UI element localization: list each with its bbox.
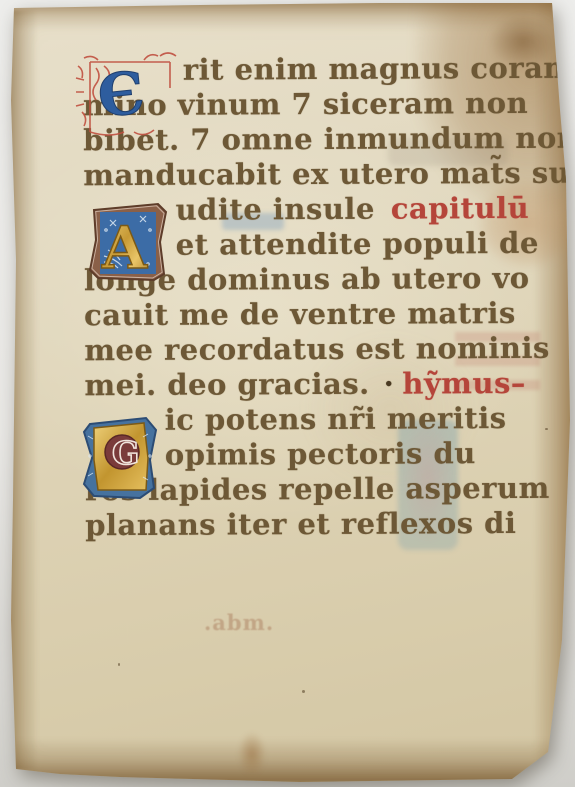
manuscript-photo: rit enim magnus coram do mino vinum 7 si… — [0, 0, 575, 787]
leaf-edge-shading — [0, 0, 575, 787]
parchment-leaf: rit enim magnus coram do mino vinum 7 si… — [0, 0, 575, 787]
leaf-shadow-wrap: rit enim magnus coram do mino vinum 7 si… — [0, 0, 575, 787]
